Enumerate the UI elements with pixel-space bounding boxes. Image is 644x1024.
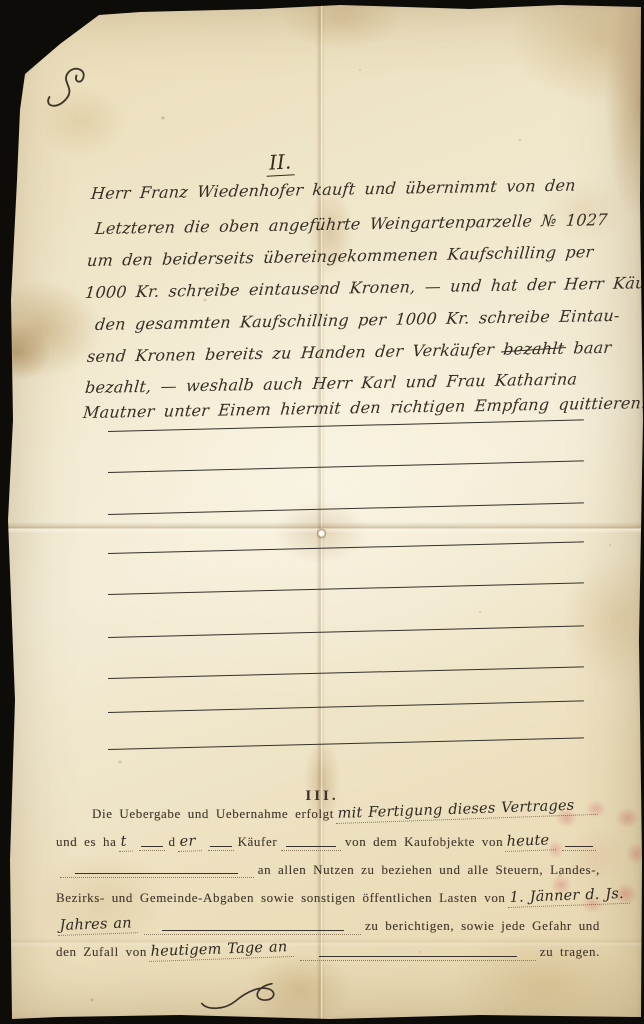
printed-text: und es ha <box>56 834 117 850</box>
printed-line: an allen Nutzen zu beziehen und alle Ste… <box>56 862 600 878</box>
handwritten-insert: er <box>177 833 202 852</box>
handwritten-text: baar <box>563 338 612 358</box>
printed-text: von dem Kaufobjekte von <box>345 834 503 850</box>
printed-text: Die Uebergabe und Uebernahme erfolgt <box>92 806 334 822</box>
handwritten-text: send Kronen bereits zu Handen der Verkäu… <box>86 340 504 366</box>
printed-text: zu tragen. <box>540 944 600 960</box>
handwritten-insert: Jahres an <box>57 915 138 936</box>
handwritten-text: Herr Franz Wiedenhofer kauft und übernim… <box>90 176 576 203</box>
printed-line: Bezirks- und Gemeinde-Abgaben sowie sons… <box>56 890 600 907</box>
printed-text: Käufer <box>238 834 278 850</box>
handwritten-text: Letzteren die oben angeführte Weingarten… <box>94 210 608 238</box>
handwritten-text: um den beiderseits übereingekommenen Kau… <box>86 242 594 270</box>
handwritten-insert: 1. Jänner d. Js. <box>507 886 630 908</box>
blank-underline <box>300 948 536 961</box>
pinhole <box>317 528 326 539</box>
ruled-line <box>108 700 584 713</box>
dash-mark <box>208 838 234 851</box>
handwritten-line: Mautner unter Einem hiermit den richtige… <box>82 393 644 422</box>
printed-line: Jahres anzu berichtigen, sowie jede Gefa… <box>56 918 600 935</box>
ruled-line <box>108 541 584 554</box>
handwritten-text: Mautner unter Einem hiermit den richtige… <box>82 393 644 422</box>
handwritten-text: bezahlt, — weshalb auch Herr Karl und Fr… <box>84 369 578 397</box>
blank-underline <box>562 838 596 851</box>
printed-text: den Zufall von <box>56 944 147 960</box>
ruled-line <box>108 737 584 750</box>
handwritten-text: den gesammten Kaufschilling per 1000 Kr.… <box>94 306 620 334</box>
flourish-mark-bottom <box>198 978 288 1014</box>
printed-text: zu berichtigen, sowie jede Gefahr und <box>365 918 600 934</box>
printed-text: Bezirks- und Gemeinde-Abgaben sowie sons… <box>56 890 506 906</box>
handwritten-line: den gesammten Kaufschilling per 1000 Kr.… <box>94 306 620 334</box>
handwritten-insert: heute <box>505 832 556 852</box>
ruled-line <box>108 666 584 679</box>
ruled-line <box>108 419 584 432</box>
printed-text: d <box>169 834 176 850</box>
printed-line: den Zufall vonheutigem Tage anzu tragen. <box>56 944 600 961</box>
handwritten-line: 1000 Kr. schreibe eintausend Kronen, — u… <box>84 273 644 302</box>
handwritten-line: um den beiderseits übereingekommenen Kau… <box>86 242 594 270</box>
handwritten-text: 1000 Kr. schreibe eintausend Kronen, — u… <box>84 273 644 302</box>
ruled-line <box>108 625 584 638</box>
section-ii-heading: II. <box>265 149 294 176</box>
handwritten-insert: heutigem Tage an <box>148 939 293 962</box>
handwritten-line: bezahlt, — weshalb auch Herr Karl und Fr… <box>84 369 578 397</box>
blank-underline <box>281 838 341 851</box>
ruled-line <box>108 460 584 473</box>
struck-word: bezahlt <box>502 339 565 359</box>
paper-sheet: II. Herr Franz Wiedenhofer kauft und übe… <box>0 0 644 1024</box>
handwritten-line: send Kronen bereits zu Handen der Verkäu… <box>86 338 612 366</box>
blank-underline <box>144 922 361 935</box>
flourish-mark-top <box>42 58 98 108</box>
blank-underline <box>60 865 254 878</box>
printed-line: Die Uebergabe und Uebernahme erfolgtmit … <box>56 806 600 823</box>
dash-mark <box>139 838 165 851</box>
ruled-line <box>108 502 584 515</box>
ruled-line <box>108 582 584 595</box>
handwritten-insert: t <box>118 834 133 852</box>
scanned-document-page: II. Herr Franz Wiedenhofer kauft und übe… <box>0 0 644 1024</box>
printed-line: und es hatderKäufervon dem Kaufobjekte v… <box>56 834 600 851</box>
printed-text: an allen Nutzen zu beziehen und alle Ste… <box>258 862 600 878</box>
handwritten-line: Letzteren die oben angeführte Weingarten… <box>94 210 608 238</box>
handwritten-line: Herr Franz Wiedenhofer kauft und übernim… <box>90 176 576 203</box>
